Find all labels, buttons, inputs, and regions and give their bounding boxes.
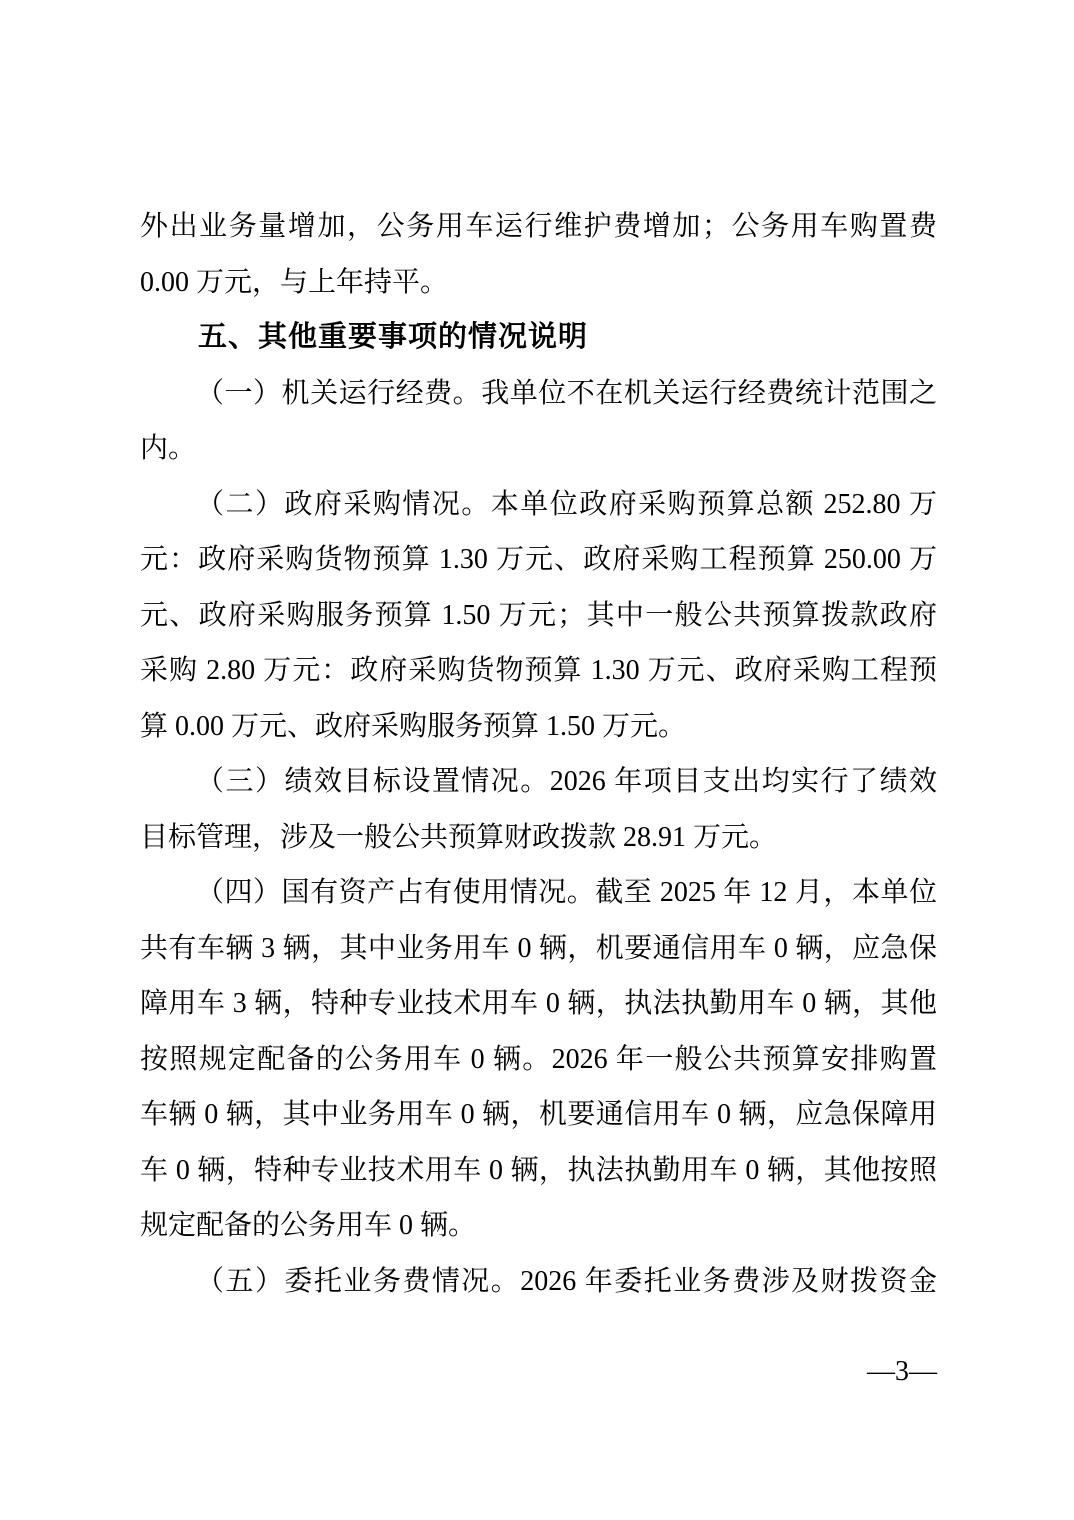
document-page: 外出业务量增加，公务用车运行维护费增加；公务用车购置费 0.00 万元，与上年持… — [0, 0, 1074, 1520]
document-line: 共有车辆 3 辆，其中业务用车 0 辆，机要通信用车 0 辆，应急保 — [140, 921, 937, 977]
document-line: 目标管理，涉及一般公共预算财政拨款 28.91 万元。 — [140, 810, 937, 866]
document-line: 车辆 0 辆，其中业务用车 0 辆，机要通信用车 0 辆，应急保障用 — [140, 1087, 937, 1143]
document-line: 规定配备的公务用车 0 辆。 — [140, 1198, 937, 1254]
document-line: （三）绩效目标设置情况。2026 年项目支出均实行了绩效 — [140, 754, 937, 810]
document-line: 外出业务量增加，公务用车运行维护费增加；公务用车购置费 — [140, 199, 937, 255]
section-heading: 五、其他重要事项的情况说明 — [140, 310, 937, 366]
document-line: 内。 — [140, 421, 937, 477]
page-footer: —3— — [867, 1356, 937, 1388]
document-line: 按照规定配备的公务用车 0 辆。2026 年一般公共预算安排购置 — [140, 1032, 937, 1088]
document-line: 0.00 万元，与上年持平。 — [140, 255, 937, 311]
document-line: （一）机关运行经费。我单位不在机关运行经费统计范围之 — [140, 366, 937, 422]
page-number: —3— — [867, 1356, 937, 1387]
document-line: 算 0.00 万元、政府采购服务预算 1.50 万元。 — [140, 699, 937, 755]
document-line: （四）国有资产占有使用情况。截至 2025 年 12 月，本单位 — [140, 865, 937, 921]
document-body: 外出业务量增加，公务用车运行维护费增加；公务用车购置费 0.00 万元，与上年持… — [140, 199, 937, 1309]
document-line: 障用车 3 辆，特种专业技术用车 0 辆，执法执勤用车 0 辆，其他 — [140, 976, 937, 1032]
document-line: （五）委托业务费情况。2026 年委托业务费涉及财拨资金 — [140, 1254, 937, 1310]
document-line: 元：政府采购货物预算 1.30 万元、政府采购工程预算 250.00 万 — [140, 532, 937, 588]
document-line: 元、政府采购服务预算 1.50 万元；其中一般公共预算拨款政府 — [140, 588, 937, 644]
document-line: （二）政府采购情况。本单位政府采购预算总额 252.80 万 — [140, 477, 937, 533]
document-line: 采购 2.80 万元：政府采购货物预算 1.30 万元、政府采购工程预 — [140, 643, 937, 699]
document-line: 车 0 辆，特种专业技术用车 0 辆，执法执勤用车 0 辆，其他按照 — [140, 1143, 937, 1199]
